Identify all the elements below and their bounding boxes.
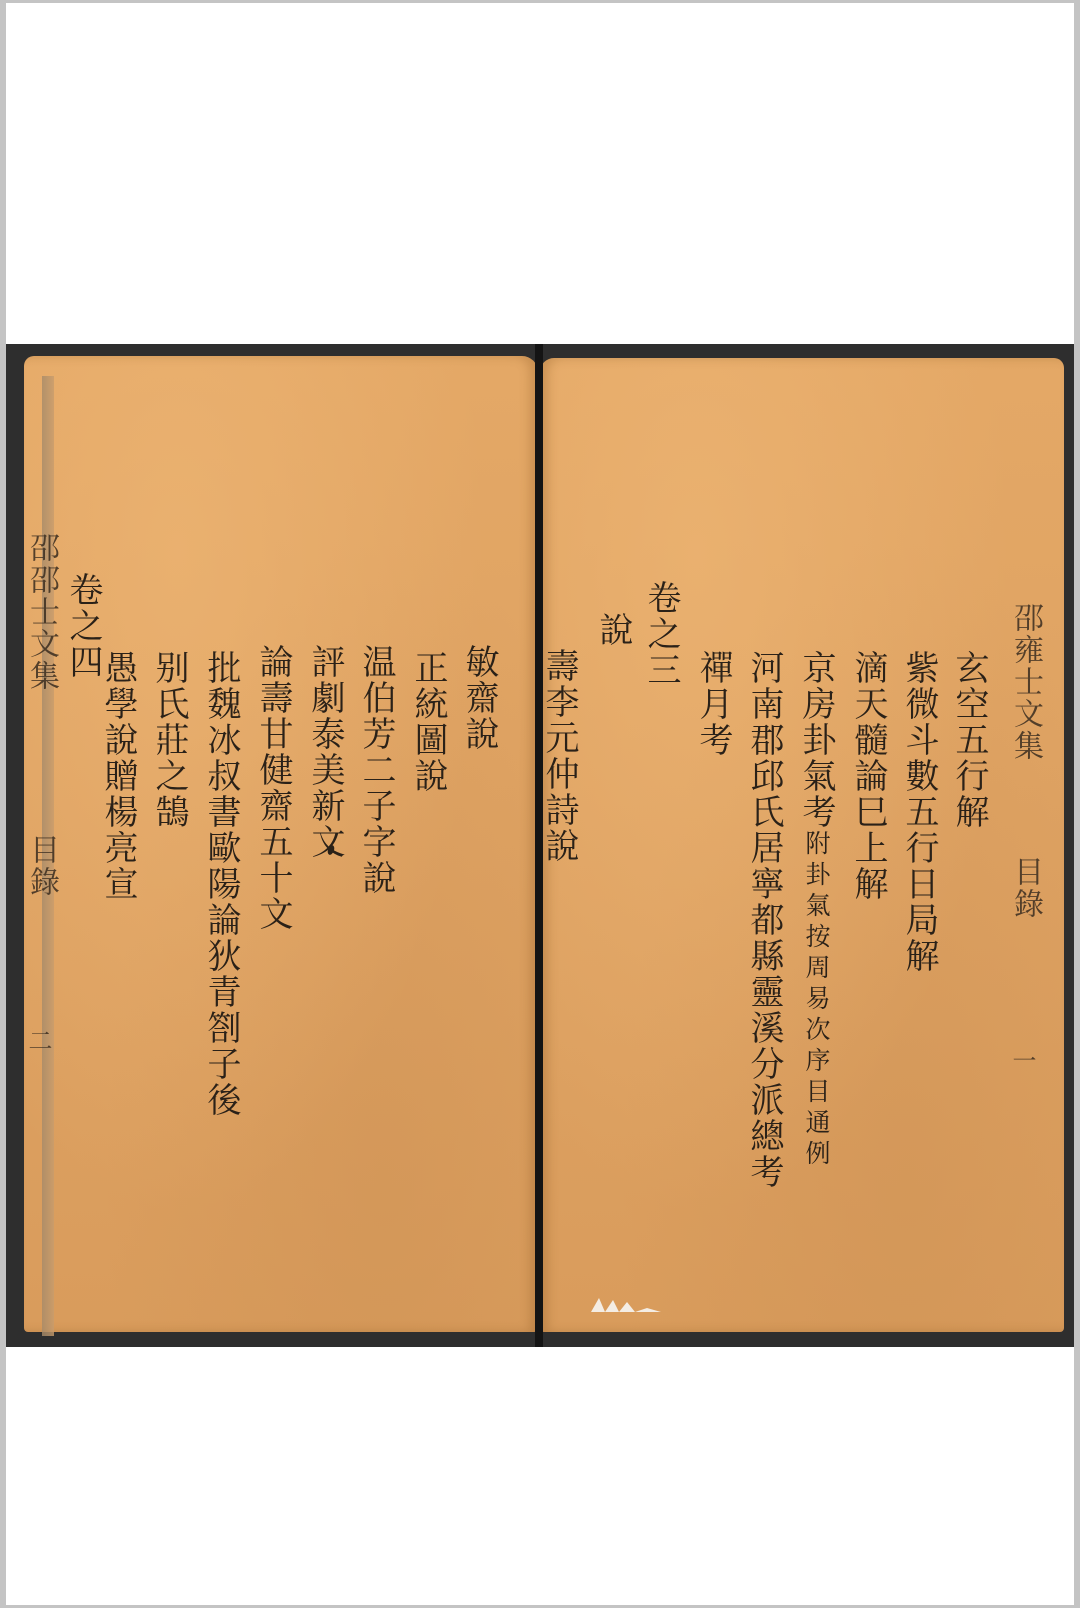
toc-entry-note: 附卦氣按周易次序目通例 [802,830,831,1171]
toc-entry: 京房卦氣考附卦氣按周易次序目通例 [799,650,833,1171]
toc-entry: 愚學說贈楊亮宣 [101,650,135,902]
toc-entry: 滴天髓論巳上解 [851,650,885,902]
toc-entry-title: 京房卦氣考 [796,650,836,830]
right-folio: 一 [1010,1048,1034,1074]
toc-entry: 温伯芳二子字說 [359,644,393,896]
section-heading: 說 [596,612,630,648]
book-photo: 邵邵士文集 目錄 二 敏齋說 正統圖說 温伯芳二子字說 評劇泰美新文 論壽甘健齋… [6,344,1074,1347]
toc-entry: 壽李元仲詩說 [542,648,576,864]
left-page: 邵邵士文集 目錄 二 敏齋說 正統圖說 温伯芳二子字說 評劇泰美新文 論壽甘健齋… [24,356,538,1332]
left-margin-title: 邵邵士文集 [26,532,56,692]
toc-entry: 禪月考 [696,650,730,758]
toc-entry: 河南郡邱氏居寧都縣靈溪分派總考 [747,650,781,1190]
toc-entry: 玄空五行解 [952,650,986,830]
book-gutter [535,344,543,1347]
right-margin-title: 邵雍士文集 [1010,602,1040,762]
toc-entry: 正統圖說 [411,650,445,794]
toc-entry: 紫微斗數五行日局解 [902,650,936,974]
toc-entry: 批魏冰叔書歐陽論狄青劄子後 [204,650,238,1118]
torn-paper-mark [591,1296,671,1312]
right-page: 邵雍士文集 目錄 一 玄空五行解 紫微斗數五行日局解 滴天髓論巳上解 京房卦氣考… [540,358,1064,1332]
volume-heading: 卷之三 [644,580,678,688]
toc-entry: 别氏莊之鵠 [152,650,186,830]
toc-entry: 論壽甘健齋五十文 [256,644,290,932]
toc-entry: 敏齋說 [462,644,496,752]
right-margin-section: 目錄 [1010,856,1040,920]
left-margin-section: 目錄 [26,834,56,898]
toc-entry: 評劇泰美新文 [308,644,342,860]
left-folio: 二 [26,1028,50,1054]
volume-heading: 卷之四 [66,572,100,680]
